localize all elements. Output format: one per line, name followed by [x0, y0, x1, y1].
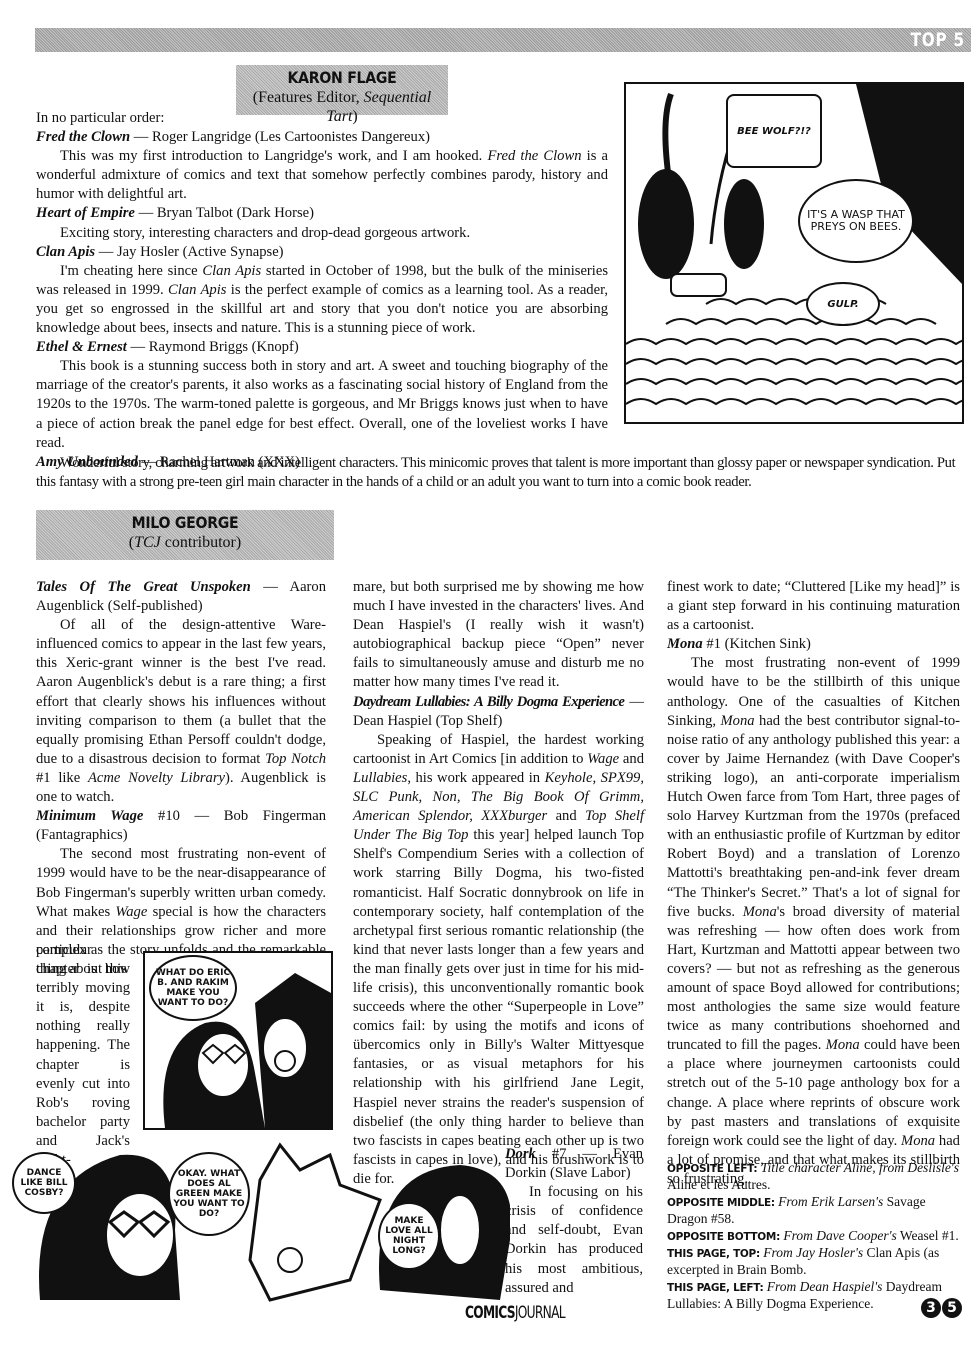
entry-title: Dork #7 — Evan Dorkin (Slave Labor): [505, 1145, 643, 1183]
milo-column-1: Tales Of The Great Unspoken — Aaron Auge…: [36, 578, 326, 979]
entry-title: Heart of Empire — Bryan Talbot (Dark Hor…: [36, 204, 608, 223]
caption: OPPOSITE LEFT: Title character Aline, fr…: [667, 1160, 967, 1194]
entry-review: I'm cheating here since Clan Apis starte…: [36, 262, 608, 338]
contributor-name: KARON FLAGE: [249, 65, 436, 88]
entry-title: Ethel & Ernest — Raymond Briggs (Knopf): [36, 338, 608, 357]
contributor-role: (TCJ contributor): [36, 533, 334, 552]
karon-list: In no particular order: Fred the Clown —…: [36, 109, 608, 472]
speech-bubble: IT'S A WASP THAT PREYS ON BEES.: [798, 179, 914, 263]
entry-review: In focusing on his crisis of confidence …: [505, 1183, 643, 1298]
caption: OPPOSITE BOTTOM: From Dave Cooper's Weas…: [667, 1228, 967, 1245]
speech-bubble: WHAT DO ERIC B. AND RAKIM MAKE YOU WANT …: [149, 955, 237, 1021]
milo-column-2: mare, but both surprised me by showing m…: [353, 578, 644, 1189]
speech-bubble: BEE WOLF?!?: [726, 94, 822, 168]
section-label: TOP 5: [911, 29, 965, 51]
comic-panel-clan-apis: BEE WOLF?!? IT'S A WASP THAT PREYS ON BE…: [624, 82, 964, 424]
entry-review: The most frustrating non-event of 1999 w…: [667, 654, 960, 1189]
speech-bubble: MAKE LOVE ALL NIGHT LONG?: [378, 1202, 440, 1270]
milo-column-2-narrow: Dork #7 — Evan Dorkin (Slave Labor) In f…: [505, 1145, 643, 1298]
milo-column-3: finest work to date; “Cluttered [Like my…: [667, 578, 960, 1189]
comics-journal-logo: COMICSJOURNAL: [465, 1303, 565, 1323]
entry-title: Daydream Lullabies: A Billy Dogma Experi…: [353, 693, 644, 731]
entry-title: Fred the Clown — Roger Langridge (Les Ca…: [36, 128, 608, 147]
caption: OPPOSITE MIDDLE: From Erik Larsen's Sava…: [667, 1194, 967, 1228]
comic-strip-daydream-lullabies: DANCE LIKE BILL COSBY? OKAY. WHAT DOES A…: [10, 1140, 510, 1310]
caption: THIS PAGE, TOP: From Jay Hosler's Clan A…: [667, 1245, 967, 1279]
section-header-bar: TOP 5: [35, 28, 971, 52]
entry-review: Of all of the design-attentive Ware-infl…: [36, 616, 326, 807]
page-number: 35: [920, 1298, 962, 1318]
entry-review: This book is a stunning success both in …: [36, 357, 608, 452]
intro: In no particular order:: [36, 109, 608, 128]
entry-review: This was my first introduction to Langri…: [36, 147, 608, 204]
contributor-name: MILO GEORGE: [54, 510, 316, 533]
speech-bubble: GULP.: [806, 282, 880, 326]
entry-review: Speaking of Haspiel, the hardest working…: [353, 731, 644, 1189]
contributor-header-milo: MILO GEORGE (TCJ contributor): [36, 510, 334, 560]
comic-panel-wage: WHAT DO ERIC B. AND RAKIM MAKE YOU WANT …: [143, 951, 333, 1130]
entry-title: Minimum Wage #10 — Bob Fingerman (Fantag…: [36, 807, 326, 845]
entry-title: Tales Of The Great Unspoken — Aaron Auge…: [36, 578, 326, 616]
entry-review-wide: Wonderful story, charming artwork and in…: [36, 454, 971, 492]
speech-bubble: DANCE LIKE BILL COSBY?: [12, 1152, 76, 1214]
entry-title: Mona #1 (Kitchen Sink): [667, 635, 960, 654]
contributor-header-karon: KARON FLAGE (Features Editor, Sequential…: [236, 65, 448, 115]
entry-title: Clan Apis — Jay Hosler (Active Synapse): [36, 243, 608, 262]
speech-bubble: OKAY. WHAT DOES AL GREEN MAKE YOU WANT T…: [168, 1152, 250, 1236]
entry-review: Exciting story, interesting characters a…: [36, 224, 608, 243]
image-captions: OPPOSITE LEFT: Title character Aline, fr…: [667, 1160, 967, 1313]
milo-column-1-narrow: particular chapter is how terribly movin…: [36, 941, 130, 1170]
